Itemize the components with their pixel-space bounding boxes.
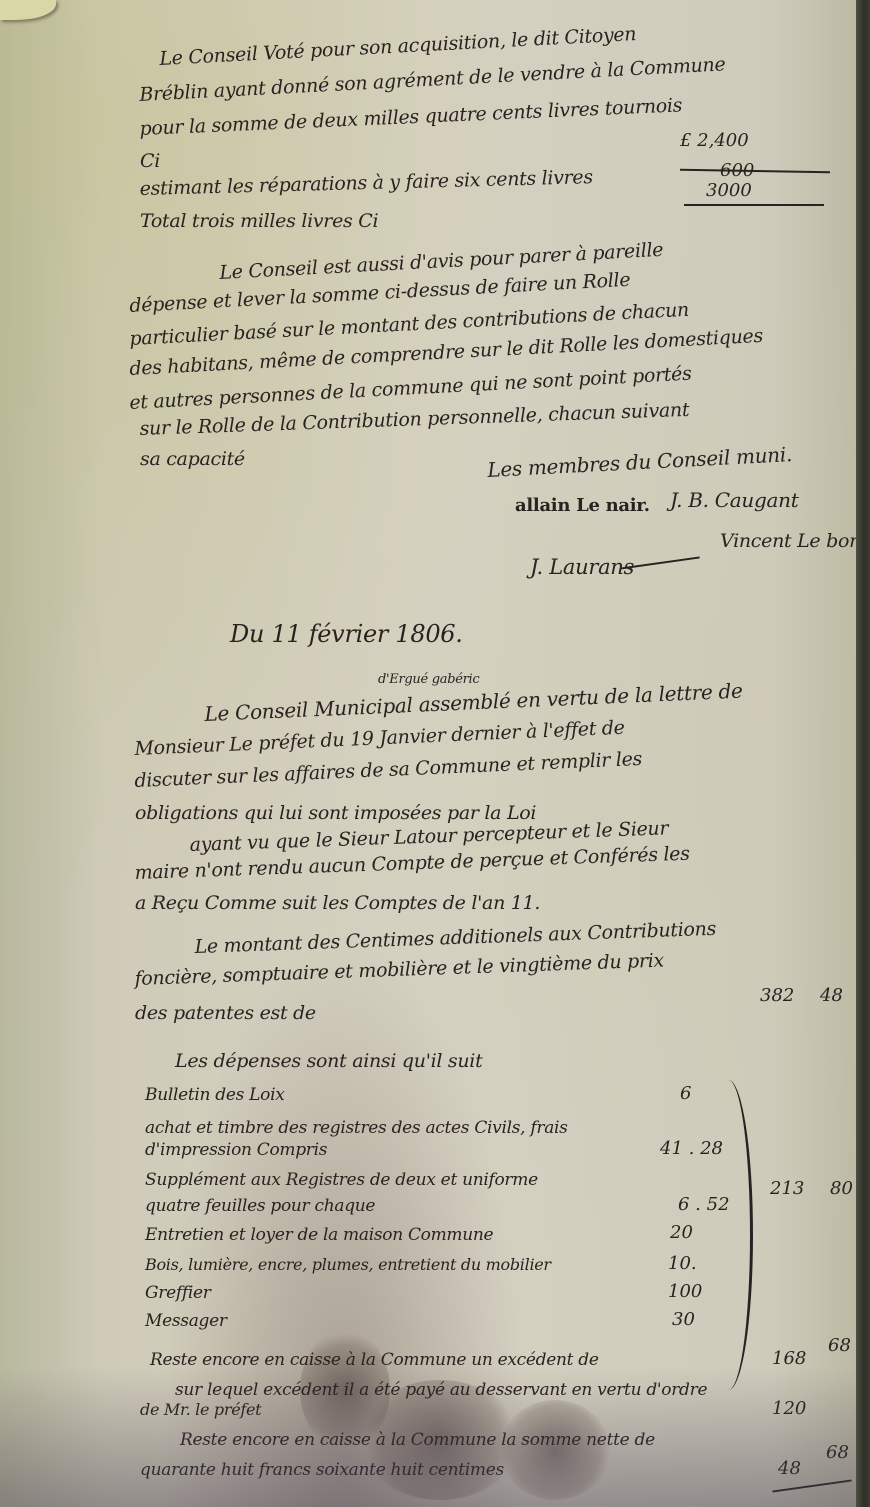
manuscript-page: Le Conseil Voté pour son acquisition, le… xyxy=(0,0,858,1507)
final-francs: 48 xyxy=(778,1458,801,1479)
signature-allain-le-nair: allain Le nair. xyxy=(515,495,650,516)
expense-amount: 20 xyxy=(670,1222,693,1243)
ink-stain xyxy=(300,1330,390,1450)
closing-rule xyxy=(772,1479,851,1492)
balance-line: de Mr. le préfet xyxy=(140,1400,261,1419)
sum-rule xyxy=(680,169,830,174)
text-line: estimant les réparations à y faire six c… xyxy=(139,166,593,200)
water-stain xyxy=(360,1380,520,1500)
expense-amount: 6 xyxy=(680,1083,691,1104)
text-line: a Reçu Comme suit les Comptes de l'an 11… xyxy=(135,892,540,914)
expense-label: Messager xyxy=(145,1311,227,1331)
balance-francs: 168 xyxy=(772,1348,806,1369)
amount-purchase: £ 2,400 xyxy=(680,130,749,151)
expense-label: achat et timbre des registres des actes … xyxy=(145,1118,568,1138)
water-stain xyxy=(500,1400,610,1500)
balance-line: Reste encore en caisse à la Commune la s… xyxy=(180,1430,655,1450)
text-line: sa capacité xyxy=(140,448,245,470)
amount-total: 3000 xyxy=(706,180,752,201)
expense-amount: 30 xyxy=(672,1309,695,1330)
expense-label: Bulletin des Loix xyxy=(145,1085,285,1105)
final-centimes: 68 xyxy=(826,1442,849,1463)
balance-line: quarante huit francs soixante huit centi… xyxy=(140,1460,504,1480)
expenses-total-centimes: 80 xyxy=(830,1178,853,1199)
centimes-francs: 382 xyxy=(760,985,794,1006)
balance-line: Reste encore en caisse à la Commune un e… xyxy=(150,1350,599,1370)
folded-corner xyxy=(0,0,56,20)
expense-label: d'impression Compris xyxy=(145,1140,327,1160)
signature-laurans: J. Laurans xyxy=(530,555,634,579)
meeting-date: Du 11 février 1806. xyxy=(230,620,463,648)
text-line: des patentes est de xyxy=(135,1002,316,1024)
expense-label: Bois, lumière, encre, plumes, entretient… xyxy=(145,1255,551,1274)
centimes-cents: 48 xyxy=(820,985,843,1006)
sum-rule xyxy=(684,204,824,206)
expense-label: Greffier xyxy=(145,1283,211,1303)
expense-label: Entretien et loyer de la maison Commune xyxy=(145,1225,493,1245)
text-line: Ci xyxy=(140,150,160,172)
expense-amount: 10. xyxy=(668,1253,697,1274)
text-line: obligations qui lui sont imposées par la… xyxy=(135,802,536,824)
expense-label: quatre feuilles pour chaque xyxy=(145,1196,375,1216)
expense-amount: 100 xyxy=(668,1281,702,1302)
expense-label: Supplément aux Registres de deux et unif… xyxy=(145,1170,538,1190)
balance-line: sur lequel excédent il a été payé au des… xyxy=(175,1380,707,1400)
signatures-heading: Les membres du Conseil muni. xyxy=(487,442,793,482)
interlinear-note: d'Ergué gabéric xyxy=(378,672,479,687)
payment-francs: 120 xyxy=(772,1398,806,1419)
signature-caugant: J. B. Caugant xyxy=(670,488,798,512)
grouping-brace xyxy=(712,1080,753,1390)
balance-centimes: 68 xyxy=(828,1335,851,1356)
expenses-total-francs: 213 xyxy=(770,1178,804,1199)
book-binding xyxy=(856,0,870,1507)
signature-vincent-le-bon: Vincent Le bon xyxy=(720,530,861,552)
expenses-heading: Les dépenses sont ainsi qu'il suit xyxy=(175,1050,482,1072)
text-line: Total trois milles livres Ci xyxy=(140,210,378,232)
